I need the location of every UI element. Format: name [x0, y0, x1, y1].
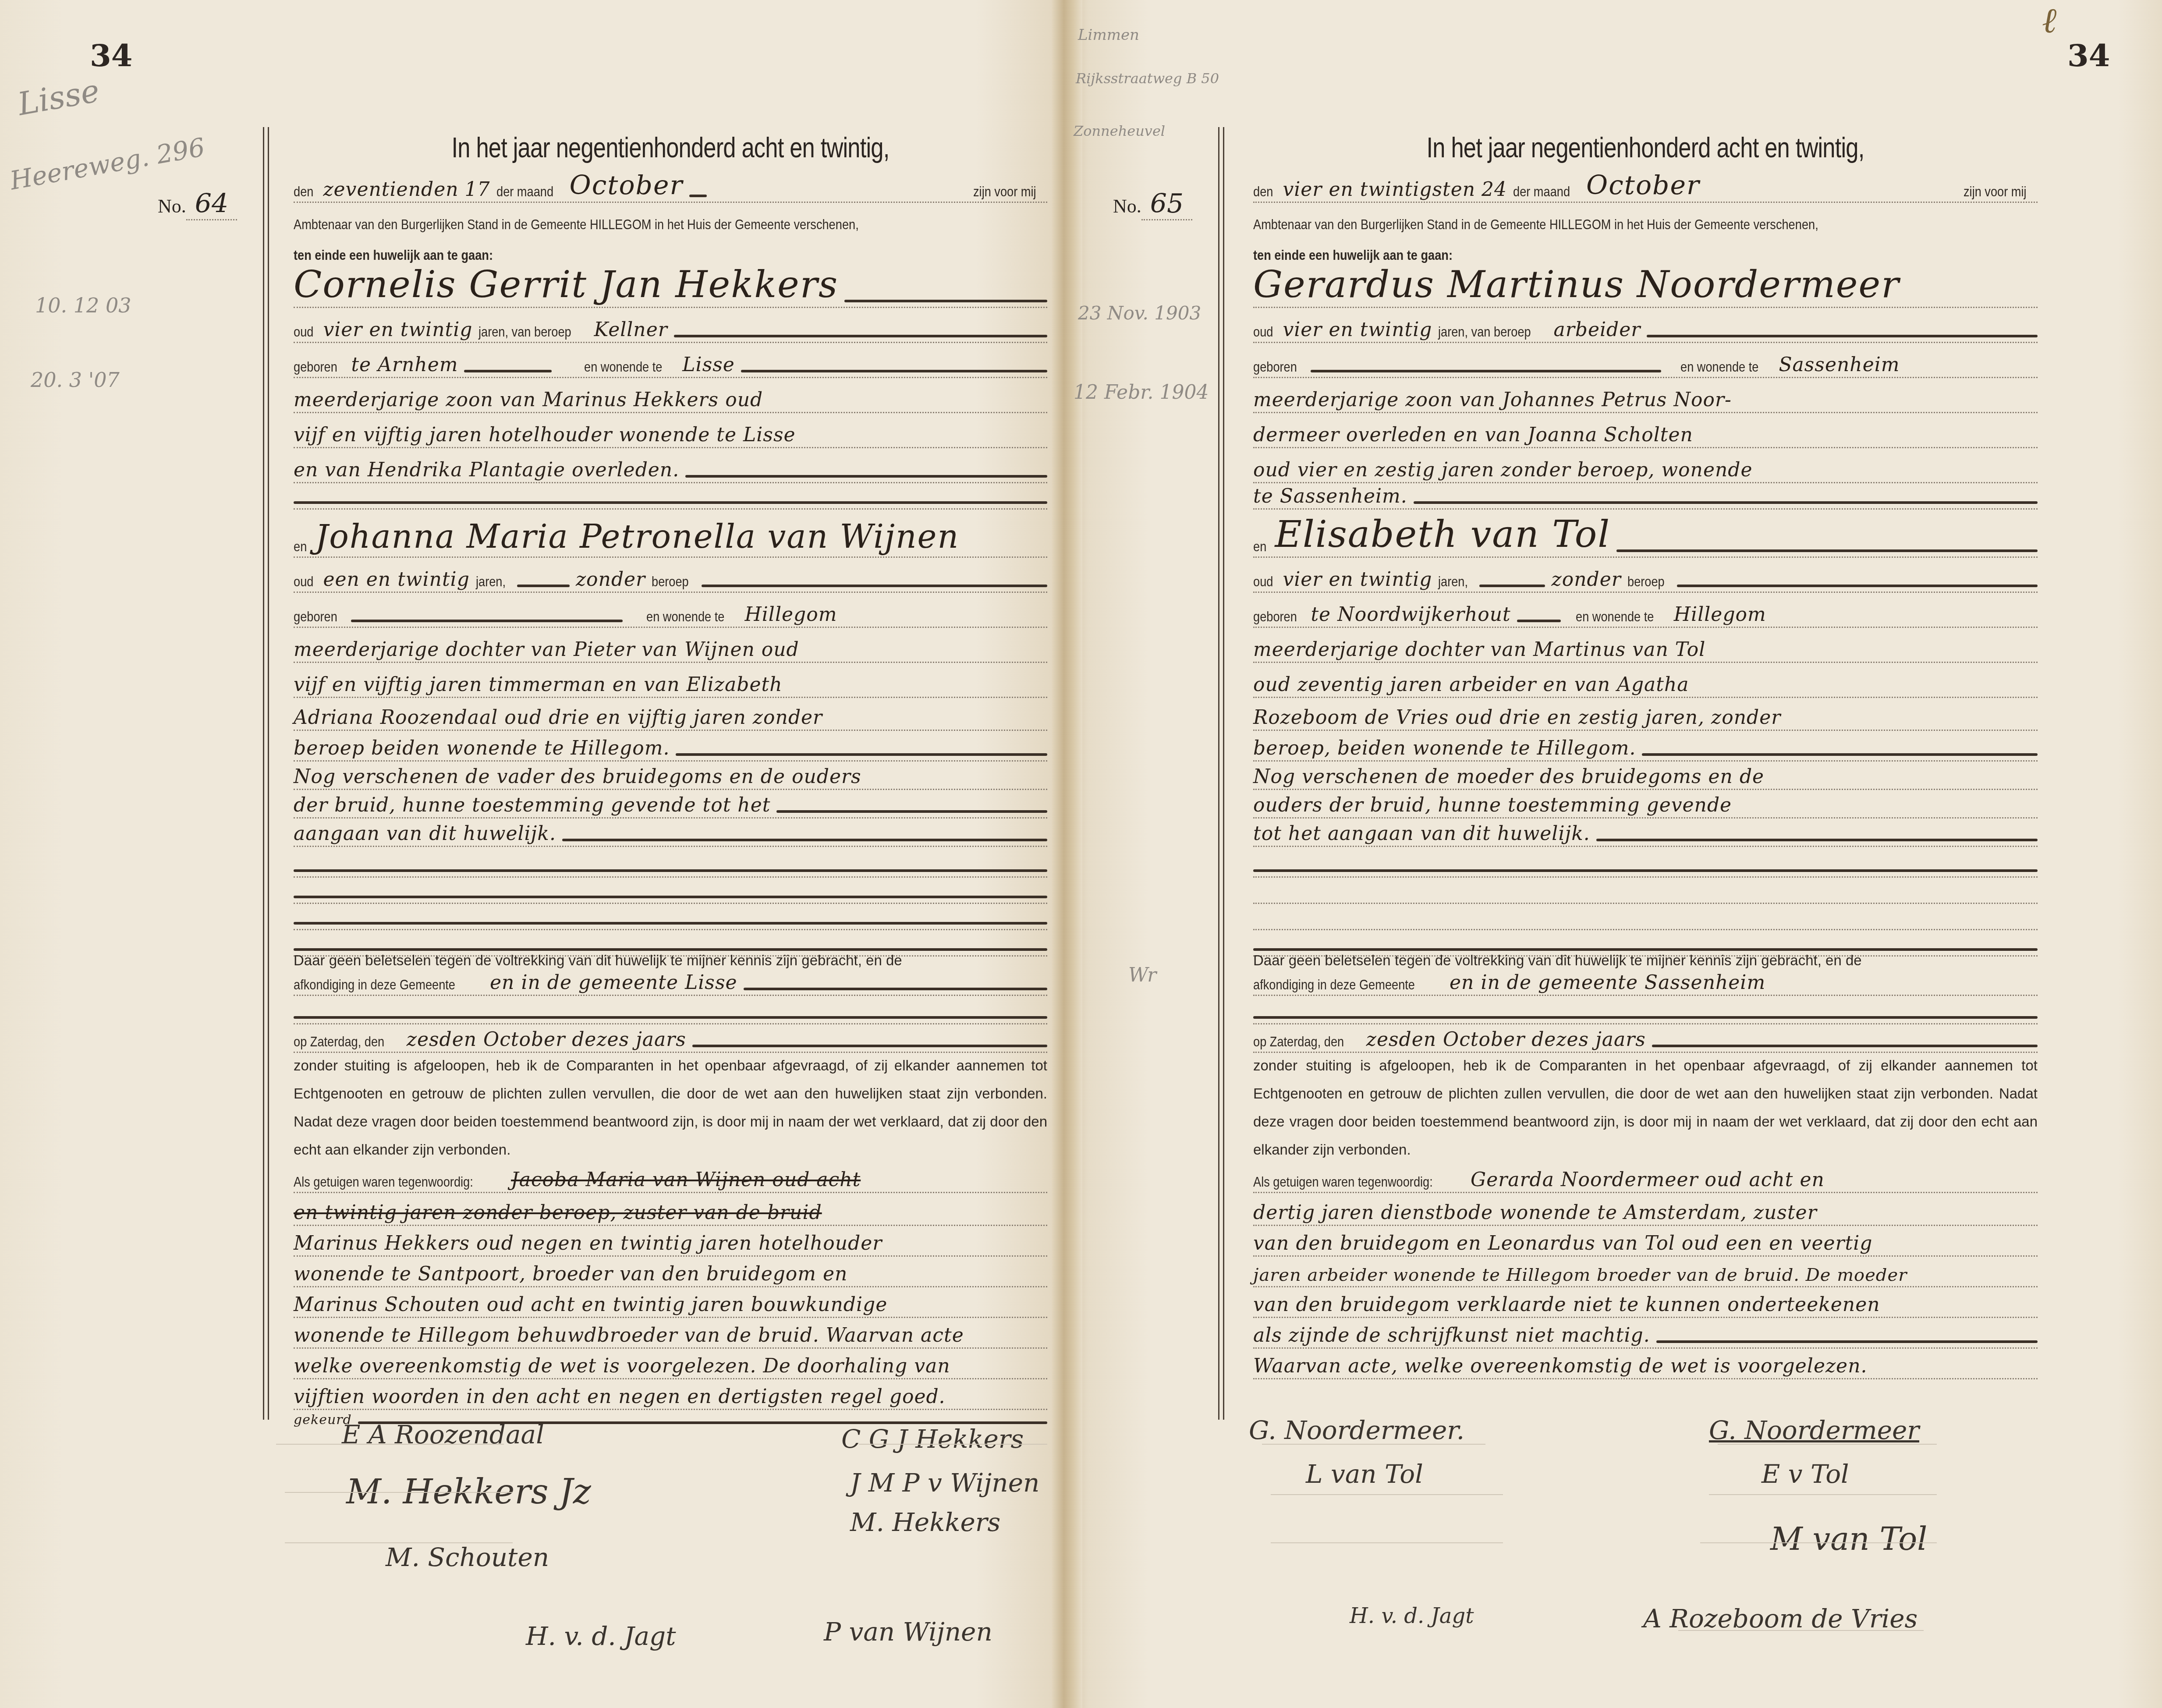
witness-line: Waarvan acte, welke overeenkomstig de we…: [1253, 1355, 1867, 1378]
right-page-number: 34: [2067, 37, 2110, 74]
left-column-rule: [263, 127, 269, 1420]
bride-birthplace: te Noordwijkerhout: [1311, 603, 1510, 627]
day-number: 24: [1482, 178, 1507, 202]
signature: L van Tol: [1306, 1459, 1423, 1489]
corner-mark: ℓ: [2042, 0, 2056, 41]
act-number-64: No.64: [158, 188, 237, 219]
act-heading: In het jaar negentienhonderd acht en twi…: [1324, 131, 1967, 164]
day-text: zeventienden: [323, 178, 458, 202]
bride-age: vier en twintig: [1283, 568, 1432, 592]
margin-date-3: 23 Nov. 1903: [1078, 302, 1201, 324]
signature: E A Roozendaal: [342, 1420, 544, 1449]
witness-line: jaren arbeider wonende te Hillegom broed…: [1253, 1265, 1907, 1286]
day-number: 17: [465, 178, 490, 202]
signature: H. v. d. Jagt: [1350, 1604, 1474, 1628]
official-line: Ambtenaar van den Burgerlijken Stand in …: [294, 216, 859, 234]
witness-struck: Jacoba Maria van Wijnen oud acht: [511, 1169, 861, 1192]
witness-line: dertig jaren dienstbode wonende te Amste…: [1253, 1201, 1817, 1225]
groom-occupation: arbeider: [1553, 319, 1641, 342]
marriage-act-65: In het jaar negentienhonderd acht en twi…: [1253, 131, 2038, 164]
witness-line: Marinus Hekkers oud negen en twintig jar…: [294, 1232, 882, 1255]
bride-residence: Hillegom: [744, 603, 837, 627]
groom-birthplace: te Arnhem: [351, 354, 458, 377]
margin-date-2: 20. 3 '07: [31, 368, 120, 392]
witness-line: Marinus Schouten oud acht en twintig jar…: [294, 1293, 887, 1317]
groom-occupation: Kellner: [594, 319, 667, 342]
groom-age: vier en twintig: [323, 319, 472, 342]
groom-residence: Sassenheim: [1779, 354, 1900, 377]
clause-declaration: zonder stuiting is afgeloopen, heb ik de…: [1253, 1052, 2038, 1164]
signature: G. Noordermeer: [1709, 1415, 1919, 1445]
signature: M. Hekkers: [850, 1507, 1000, 1537]
left-page-number: 34: [90, 37, 132, 74]
signature: P van Wijnen: [824, 1617, 992, 1647]
signature: E v Tol: [1761, 1459, 1849, 1489]
bride-name: Johanna Maria Petronella van Wijnen: [315, 518, 959, 556]
proclamation-date: zesden October dezes jaars: [407, 1028, 686, 1052]
margin-date-1: 10. 12 03: [35, 294, 131, 317]
bride-age: een en twintig: [323, 568, 469, 592]
signature: A Rozeboom de Vries: [1643, 1604, 1917, 1634]
bride-residence: Hillegom: [1674, 603, 1766, 627]
groom-parents-line: meerderjarige zoon van Marinus Hekkers o…: [294, 389, 763, 412]
signature: J M P v Wijnen: [850, 1468, 1039, 1498]
bride-occupation: zonder: [1551, 568, 1621, 592]
groom-age: vier en twintig: [1283, 319, 1432, 342]
signature: C G J Hekkers: [841, 1424, 1024, 1454]
witness-struck: en twintig jaren zonder beroep, zuster v…: [294, 1201, 822, 1225]
signature: M van Tol: [1770, 1520, 1927, 1557]
groom-residence: Lisse: [682, 354, 735, 377]
bride-occupation: zonder: [576, 568, 645, 592]
groom-parents-line: en van Hendrika Plantagie overleden.: [294, 459, 679, 482]
bride-name: Elisabeth van Tol: [1275, 513, 1611, 556]
proclamation: en in de gemeente Lisse: [490, 971, 737, 995]
book-gutter: [1052, 0, 1082, 1708]
act-heading: In het jaar negentienhonderd acht en twi…: [362, 131, 979, 164]
marriage-act-64: In het jaar negentienhonderd acht en twi…: [294, 131, 1047, 164]
groom-parents-line: vijf en vijftig jaren hotelhouder wonend…: [294, 424, 796, 447]
witness-line: welke overeenkomstig de wet is voorgelez…: [294, 1355, 950, 1378]
month: October: [570, 170, 684, 202]
signature: M. Schouten: [386, 1542, 549, 1572]
witness-line: wonende te Santpoort, broeder van den br…: [294, 1263, 847, 1286]
month: October: [1586, 170, 1700, 202]
witness-line: van den bruidegom verklaarde niet te kun…: [1253, 1293, 1880, 1317]
signature: H. v. d. Jagt: [526, 1621, 676, 1651]
right-column-rule: [1218, 127, 1224, 1420]
act-number-65: No.65: [1113, 188, 1192, 219]
day-text: vier en twintigsten: [1283, 178, 1475, 202]
margin-date-4: 12 Febr. 1904: [1074, 381, 1209, 404]
groom-name: Gerardus Martinus Noordermeer: [1253, 263, 1900, 307]
margin-note-street: Rijksstraatweg B 50: [1076, 70, 1219, 87]
margin-note-house: Zonneheuvel: [1074, 123, 1165, 139]
proclamation-date: zesden October dezes jaars: [1366, 1028, 1646, 1052]
proclamation: en in de gemeente Sassenheim: [1450, 971, 1765, 995]
witness-line: als zijnde de schrijfkunst niet machtig.: [1253, 1324, 1650, 1347]
witness-line: Gerarda Noordermeer oud acht en: [1471, 1169, 1825, 1192]
margin-initials: Wr: [1128, 964, 1156, 986]
official-line: Ambtenaar van den Burgerlijken Stand in …: [1253, 216, 1818, 234]
margin-note-limmen: Limmen: [1078, 26, 1139, 44]
signature: G. Noordermeer.: [1249, 1415, 1464, 1445]
witness-line: van den bruidegom en Leonardus van Tol o…: [1253, 1232, 1872, 1255]
groom-name: Cornelis Gerrit Jan Hekkers: [294, 263, 838, 307]
witness-line: wonende te Hillegom behuwdbroeder van de…: [294, 1324, 964, 1347]
clause-declaration: zonder stuiting is afgeloopen, heb ik de…: [294, 1052, 1047, 1164]
